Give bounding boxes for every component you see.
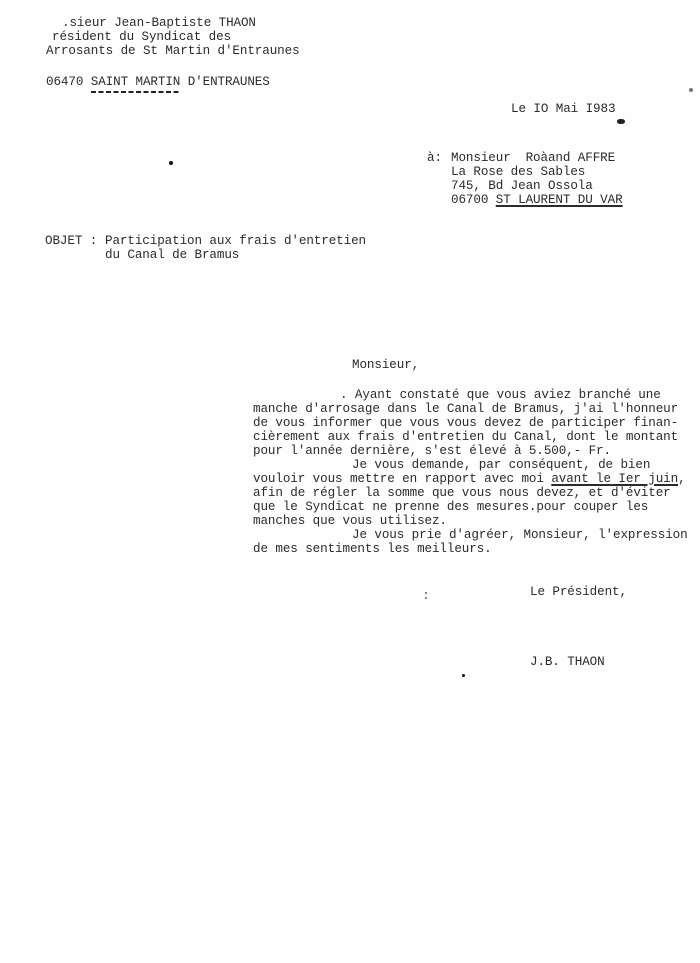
sender-postcode-city: 06470 SAINT MARTIN D'ENTRAUNES <box>46 75 270 89</box>
salutation: Monsieur, <box>352 358 419 372</box>
ink-dot <box>169 161 173 165</box>
signature-name: J.B. THAON <box>530 655 605 669</box>
recipient-address-1: La Rose des Sables <box>451 165 585 179</box>
paragraph2-line-5: manches que vous utilisez. <box>253 514 447 528</box>
paragraph2-line-3: afin de régler la somme que vous nous de… <box>253 486 671 500</box>
paragraph3-line-1: Je vous prie d'agréer, Monsieur, l'expre… <box>352 528 688 542</box>
paragraph2-line-2: vouloir vous mettre en rapport avec moi … <box>253 472 686 486</box>
subject-line-1: Participation aux frais d'entretien <box>105 234 366 248</box>
closing-title: Le Président, <box>530 585 627 599</box>
paragraph1-line-5: pour l'année dernière, s'est élevé à 5.5… <box>253 444 611 458</box>
paragraph1-line-4: cièrement aux frais d'entretien du Canal… <box>253 430 678 444</box>
subject-label: OBJET : <box>45 234 97 248</box>
recipient-address-2: 745, Bd Jean Ossola <box>451 179 593 193</box>
ink-dot <box>462 674 465 677</box>
paragraph1-line-2: manche d'arrosage dans le Canal de Bramu… <box>253 402 678 416</box>
sender-separator <box>91 91 181 93</box>
recipient-city: ST LAURENT DU VAR <box>496 193 623 207</box>
ink-speck <box>689 88 693 92</box>
recipient-postcode-city: 06700 ST LAURENT DU VAR <box>451 193 623 207</box>
paragraph2-line-2-text: vouloir vous mettre en rapport avec moi <box>253 472 551 486</box>
paragraph2-line-4: que le Syndicat ne prenne des mesures.po… <box>253 500 648 514</box>
deadline-underlined: avant le Ier juin <box>551 472 678 486</box>
recipient-postcode: 06700 <box>451 193 488 207</box>
subject-line-2: du Canal de Bramus <box>105 248 239 262</box>
ink-blot <box>617 119 625 124</box>
paragraph2-line-1: Je vous demande, par conséquent, de bien <box>352 458 650 472</box>
paragraph3-line-2: de mes sentiments les meilleurs. <box>253 542 492 556</box>
sender-name: .sieur Jean-Baptiste THAON <box>62 16 256 30</box>
recipient-name: Monsieur Roàand AFFRE <box>451 151 615 165</box>
paragraph1-line-3: de vous informer que vous vous devez de … <box>253 416 678 430</box>
sender-organization: Arrosants de St Martin d'Entraunes <box>46 44 300 58</box>
ink-speck <box>425 592 427 594</box>
letter-page: .sieur Jean-Baptiste THAON résident du S… <box>0 0 700 963</box>
paragraph1-line-1: . Ayant constaté que vous aviez branché … <box>340 388 661 402</box>
paragraph2-line-2-comma: , <box>678 472 685 486</box>
letter-date: Le IO Mai I983 <box>511 102 615 116</box>
sender-title: résident du Syndicat des <box>52 30 231 44</box>
recipient-prefix: à: <box>427 151 442 165</box>
ink-speck <box>425 597 427 599</box>
